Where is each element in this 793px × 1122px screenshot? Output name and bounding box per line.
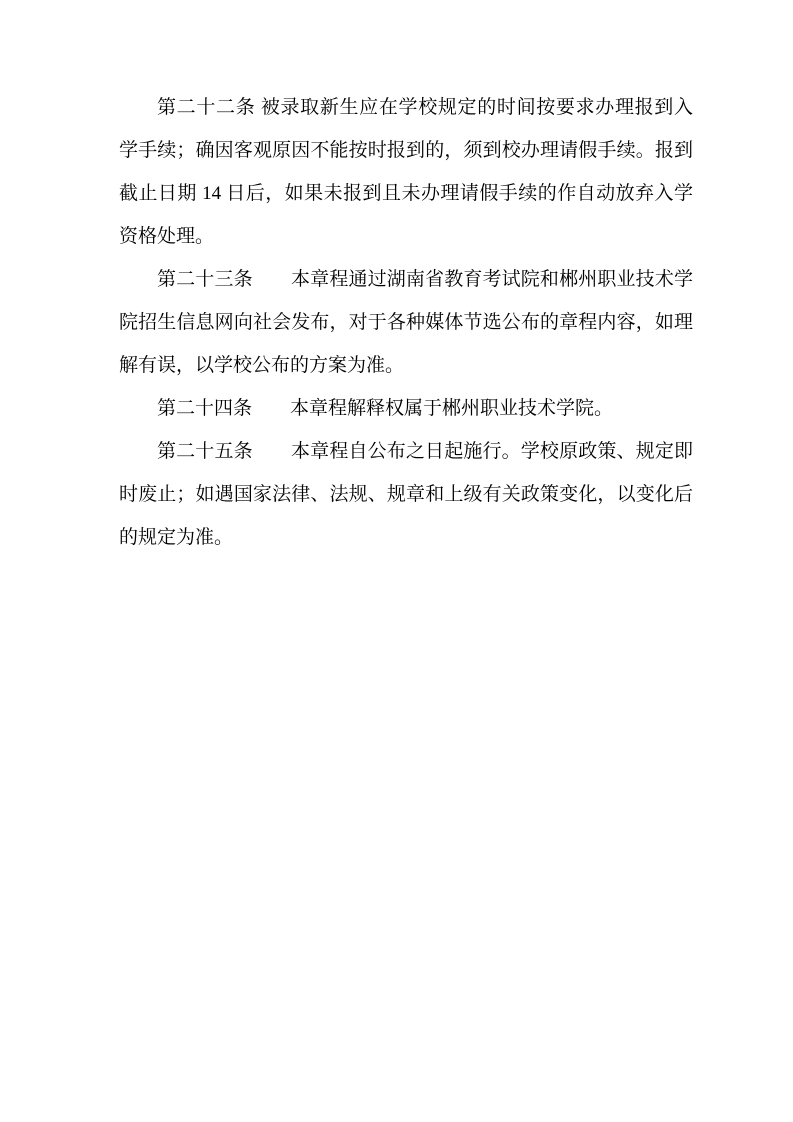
document-content: 第二十二条 被录取新生应在学校规定的时间按要求办理报到入学手续；确因客观原因不能… (0, 0, 793, 559)
article-number: 第二十四条 (157, 398, 252, 419)
article-text: 被录取新生应在学校规定的时间按要求办理报到入学手续；确因客观原因不能按时报到的，… (119, 97, 693, 247)
article-paragraph: 第二十二条 被录取新生应在学校规定的时间按要求办理报到入学手续；确因客观原因不能… (119, 86, 693, 258)
article-paragraph: 第二十五条 本章程自公布之日起施行。学校原政策、规定即时废止；如遇国家法律、法规… (119, 430, 693, 559)
article-number: 第二十五条 (157, 441, 253, 462)
article-number: 第二十三条 (157, 269, 253, 290)
article-separator (253, 441, 291, 462)
article-separator (253, 269, 291, 290)
article-paragraph: 第二十三条 本章程通过湖南省教育考试院和郴州职业技术学院招生信息网向社会发布，对… (119, 258, 693, 387)
document-page: 第二十二条 被录取新生应在学校规定的时间按要求办理报到入学手续；确因客观原因不能… (0, 0, 793, 1122)
article-separator (252, 398, 290, 419)
article-paragraph: 第二十四条 本章程解释权属于郴州职业技术学院。 (119, 387, 693, 430)
article-number: 第二十二条 (157, 97, 255, 118)
article-text: 本章程解释权属于郴州职业技术学院。 (290, 398, 613, 419)
